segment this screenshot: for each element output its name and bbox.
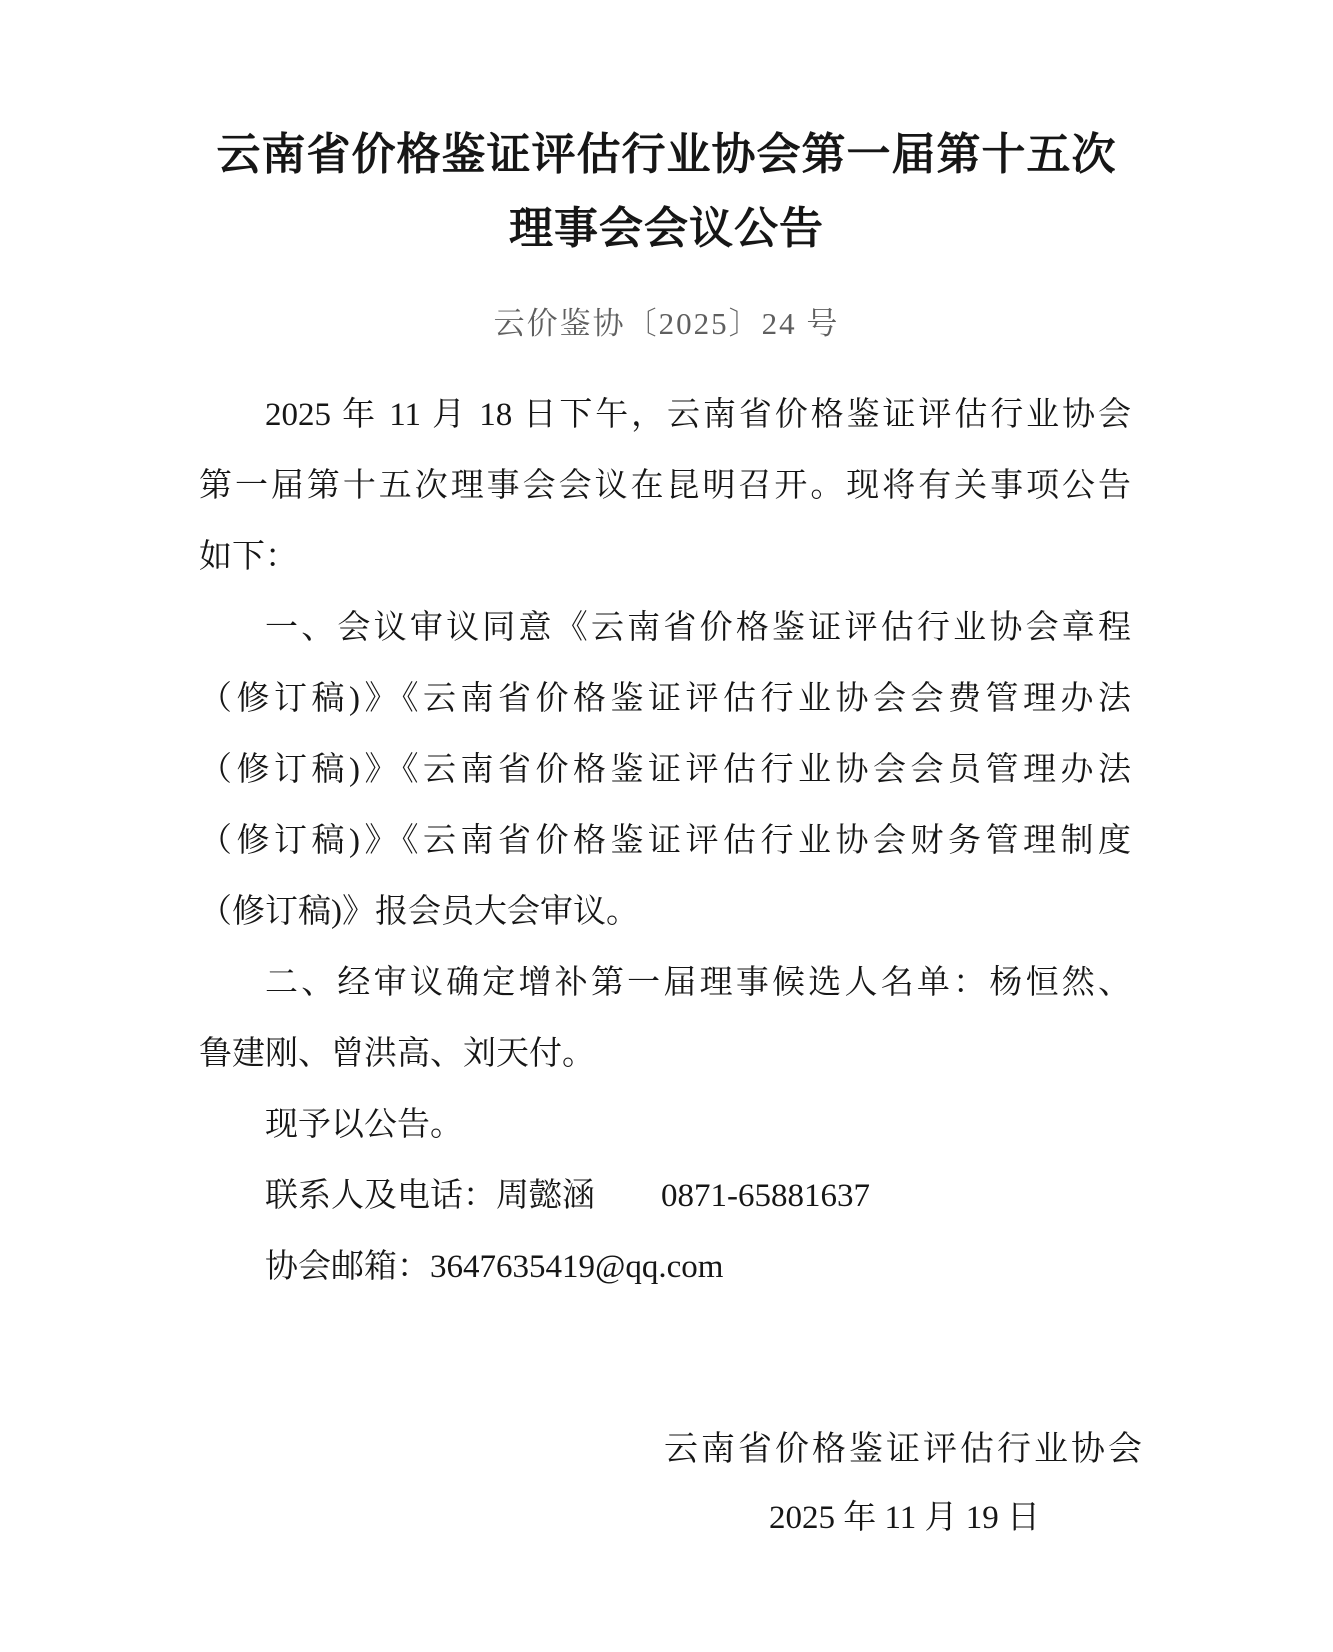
body-line: 2025 年 11 月 18 日下午，云南省价格鉴证评估行业协会 xyxy=(199,380,1131,451)
body-line: （修订稿)》《云南省价格鉴证评估行业协会会员管理办法 xyxy=(199,735,1131,806)
body-line: 如下： xyxy=(199,522,1131,593)
title-line-1: 云南省价格鉴证评估行业协会第一届第十五次 xyxy=(90,118,1243,192)
contact-email-line: 协会邮箱：3647635419@qq.com xyxy=(199,1232,1131,1303)
body-line: 鲁建刚、曾洪高、刘天付。 xyxy=(199,1019,1131,1090)
document-number: 云价鉴协〔2025〕24 号 xyxy=(0,304,1333,344)
signature-block: 云南省价格鉴证评估行业协会 2025 年 11 月 19 日 xyxy=(0,1414,1145,1551)
body-line: （修订稿)》《云南省价格鉴证评估行业协会财务管理制度 xyxy=(199,806,1131,877)
body-line: 现予以公告。 xyxy=(199,1090,1131,1161)
body-line: （修订稿)》报会员大会审议。 xyxy=(199,877,1131,948)
document-body: 2025 年 11 月 18 日下午，云南省价格鉴证评估行业协会 第一届第十五次… xyxy=(199,380,1131,1303)
document-title: 云南省价格鉴证评估行业协会第一届第十五次 理事会会议公告 xyxy=(90,118,1243,266)
body-line: 一、会议审议同意《云南省价格鉴证评估行业协会章程 xyxy=(199,593,1131,664)
body-line: 二、经审议确定增补第一届理事候选人名单：杨恒然、 xyxy=(199,948,1131,1019)
signature-date: 2025 年 11 月 19 日 xyxy=(664,1485,1145,1551)
title-line-2: 理事会会议公告 xyxy=(90,192,1243,266)
contact-phone-line: 联系人及电话：周懿涵 0871-65881637 xyxy=(199,1161,1131,1232)
signature-inner: 云南省价格鉴证评估行业协会 2025 年 11 月 19 日 xyxy=(664,1414,1145,1551)
signature-org: 云南省价格鉴证评估行业协会 xyxy=(664,1414,1145,1485)
body-line: （修订稿)》《云南省价格鉴证评估行业协会会费管理办法 xyxy=(199,664,1131,735)
body-line: 第一届第十五次理事会会议在昆明召开。现将有关事项公告 xyxy=(199,451,1131,522)
document-page: 云南省价格鉴证评估行业协会第一届第十五次 理事会会议公告 云价鉴协〔2025〕2… xyxy=(0,0,1333,1652)
